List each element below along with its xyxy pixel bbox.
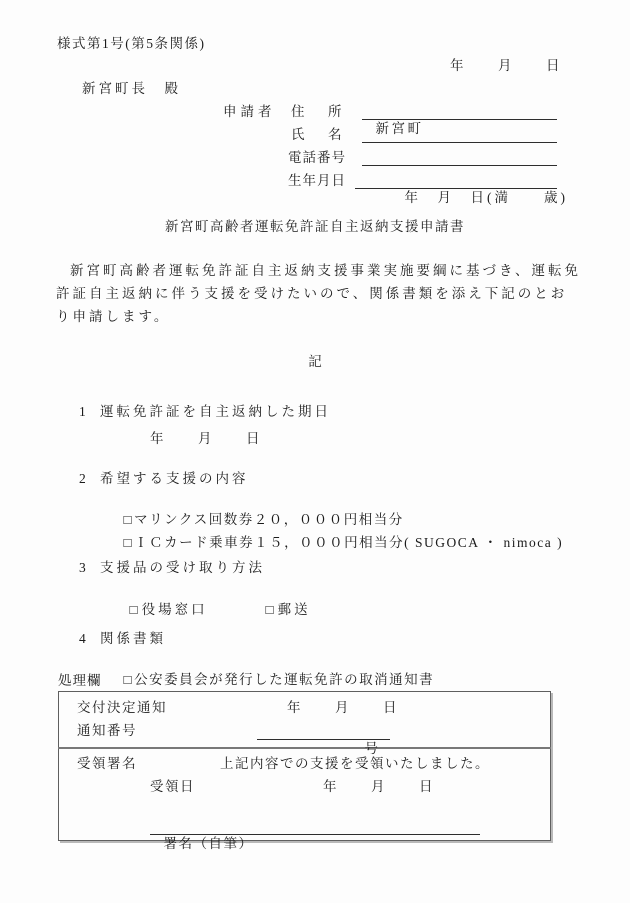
item2-heading: 希望する支援の内容: [100, 470, 249, 487]
birthdate-field[interactable]: 年 月 日(満 歳): [355, 172, 557, 189]
address-label: 住 所: [291, 103, 347, 120]
item1-number: 1: [79, 403, 86, 420]
receipt-date-placeholder[interactable]: 年 月 日: [323, 778, 435, 795]
signature-label: 署名（自筆）: [164, 836, 254, 851]
item4-number: 4: [79, 630, 86, 647]
receipt-date-label: 受領日: [150, 778, 195, 795]
birthdate-placeholder: 年 月 日(満 歳): [369, 190, 569, 205]
name-label: 氏 名: [291, 126, 347, 143]
body-line-3: り申請します。: [56, 308, 170, 325]
item3-option2-label: 郵送: [278, 602, 311, 617]
body-line-2: 許証自主返納に伴う支援を受けたいので、関係書類を添え下記のとお: [56, 285, 567, 302]
addressee: 新宮町長 殿: [82, 80, 181, 97]
application-form-page: 様式第1号(第5条関係) 年 月 日 新宮町長 殿 申請者 住 所 新宮町 氏 …: [0, 0, 630, 903]
item1-heading: 運転免許証を自主返納した期日: [100, 403, 331, 420]
notice-number-field[interactable]: 号: [257, 723, 390, 740]
birthdate-label: 生年月日: [288, 172, 346, 189]
item2-option2-label: ＩＣカード乗車券１５，０００円相当分( SUGOCA ・ nimoca ): [134, 535, 563, 550]
item3-option-counter[interactable]: □役場窓口: [104, 584, 208, 635]
name-field[interactable]: [362, 126, 557, 143]
processing-box-divider: [58, 747, 551, 749]
address-field[interactable]: 新宮町: [362, 103, 557, 120]
item2-number: 2: [79, 470, 86, 487]
checkbox-icon[interactable]: □: [130, 602, 141, 617]
item4-option1-label: 公安委員会が発行した運転免許の取消通知書: [134, 672, 434, 687]
applicant-label: 申請者: [223, 103, 276, 120]
record-marker: 記: [0, 353, 630, 370]
grant-decision-label: 交付決定通知: [77, 699, 167, 716]
checkbox-icon[interactable]: □: [124, 672, 134, 687]
receipt-statement: 上記内容での支援を受領いたしました。: [220, 755, 490, 772]
checkbox-icon[interactable]: □: [124, 535, 134, 550]
phone-label: 電話番号: [288, 149, 346, 166]
notice-number-unit: 号: [365, 741, 379, 756]
document-title: 新宮町高齢者運転免許証自主返納支援申請書: [0, 218, 630, 235]
signature-field[interactable]: 署名（自筆）: [150, 818, 480, 835]
grant-decision-date-placeholder[interactable]: 年 月 日: [287, 699, 399, 716]
form-number: 様式第1号(第5条関係): [57, 35, 206, 52]
item3-heading: 支援品の受け取り方法: [100, 559, 265, 576]
phone-field[interactable]: [362, 149, 557, 166]
header-date-line: 年 月 日: [450, 57, 562, 74]
receipt-signature-label: 受領署名: [77, 755, 137, 772]
body-line-1: 新宮町高齢者運転免許証自主返納支援事業実施要綱に基づき、運転免: [70, 262, 581, 279]
item4-heading: 関係書類: [100, 630, 166, 647]
item1-date-placeholder[interactable]: 年 月 日: [150, 430, 262, 447]
item3-number: 3: [79, 559, 86, 576]
checkbox-icon[interactable]: □: [266, 602, 277, 617]
processing-label: 処理欄: [58, 672, 102, 689]
notice-number-label: 通知番号: [77, 722, 137, 739]
item3-option1-label: 役場窓口: [142, 602, 208, 617]
item3-option-mail[interactable]: □郵送: [240, 584, 311, 635]
